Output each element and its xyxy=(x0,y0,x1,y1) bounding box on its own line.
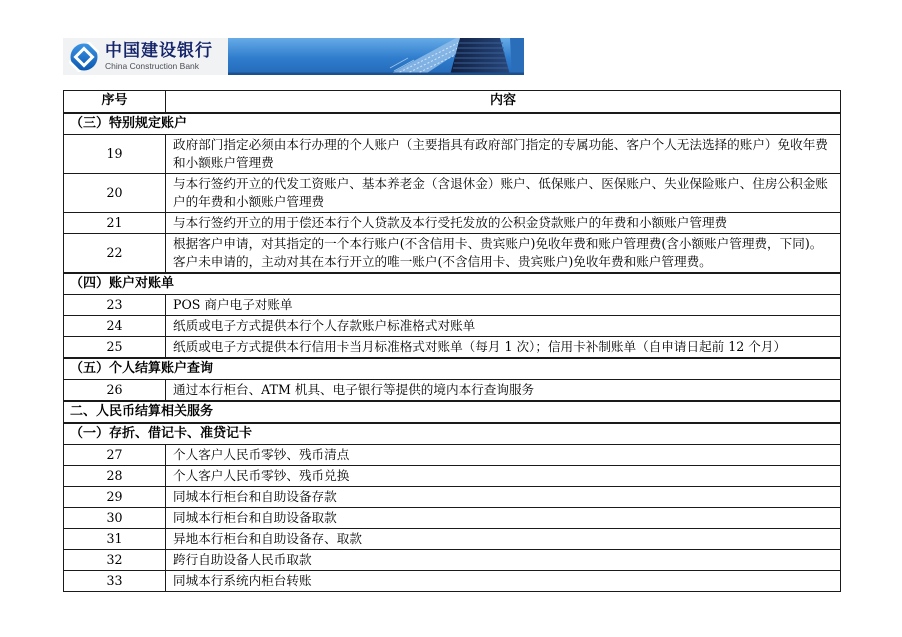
fee-table-body: 序号 内容 （三）特别规定账户19政府部门指定必须由本行办理的个人账户（主要指具… xyxy=(64,91,841,592)
row-content: 异地本行柜台和自助设备存、取款 xyxy=(166,528,841,549)
row-content: 纸质或电子方式提供本行信用卡当月标准格式对账单（每月 1 次）；信用卡补制账单（… xyxy=(166,336,841,358)
table-row: 32跨行自助设备人民币取款 xyxy=(64,549,841,570)
row-number: 30 xyxy=(64,507,166,528)
ccb-logo-block: 中国建设银行 China Construction Bank xyxy=(63,38,228,75)
row-number: 28 xyxy=(64,465,166,486)
row-number: 31 xyxy=(64,528,166,549)
section-label: （四）账户对账单 xyxy=(64,273,841,295)
table-row: 29同城本行柜台和自助设备存款 xyxy=(64,486,841,507)
row-content: 个人客户人民币零钞、残币清点 xyxy=(166,444,841,465)
row-number: 33 xyxy=(64,570,166,591)
table-row: 25纸质或电子方式提供本行信用卡当月标准格式对账单（每月 1 次）；信用卡补制账… xyxy=(64,336,841,358)
row-number: 29 xyxy=(64,486,166,507)
row-content: 个人客户人民币零钞、残币兑换 xyxy=(166,465,841,486)
brand-header: 中国建设银行 China Construction Bank xyxy=(63,38,524,75)
row-number: 32 xyxy=(64,549,166,570)
section-row: （一）存折、借记卡、准贷记卡 xyxy=(64,423,841,445)
document-page: 中国建设银行 China Construction Bank xyxy=(0,0,902,637)
row-content: 根据客户申请，对其指定的一个本行账户(不含信用卡、贵宾账户)免收年费和账户管理费… xyxy=(166,233,841,273)
row-content: 与本行签约开立的用于偿还本行个人贷款及本行受托发放的公积金贷款账户的年费和小额账… xyxy=(166,212,841,233)
row-number: 26 xyxy=(64,379,166,401)
table-row: 22根据客户申请，对其指定的一个本行账户(不含信用卡、贵宾账户)免收年费和账户管… xyxy=(64,233,841,273)
fee-schedule-table: 序号 内容 （三）特别规定账户19政府部门指定必须由本行办理的个人账户（主要指具… xyxy=(63,90,841,592)
ccb-logo-icon xyxy=(69,42,99,72)
bank-name-en: China Construction Bank xyxy=(105,62,213,71)
table-row: 24纸质或电子方式提供本行个人存款账户标准格式对账单 xyxy=(64,315,841,336)
row-content: 通过本行柜台、ATM 机具、电子银行等提供的境内本行查询服务 xyxy=(166,379,841,401)
table-row: 27个人客户人民币零钞、残币清点 xyxy=(64,444,841,465)
row-content: POS 商户电子对账单 xyxy=(166,294,841,315)
table-row: 26通过本行柜台、ATM 机具、电子银行等提供的境内本行查询服务 xyxy=(64,379,841,401)
row-number: 24 xyxy=(64,315,166,336)
row-number: 25 xyxy=(64,336,166,358)
table-row: 21与本行签约开立的用于偿还本行个人贷款及本行受托发放的公积金贷款账户的年费和小… xyxy=(64,212,841,233)
row-number: 23 xyxy=(64,294,166,315)
section-label: 二、人民币结算相关服务 xyxy=(64,401,841,423)
row-number: 22 xyxy=(64,233,166,273)
table-header-row: 序号 内容 xyxy=(64,91,841,113)
table-row: 28个人客户人民币零钞、残币兑换 xyxy=(64,465,841,486)
table-row: 30同城本行柜台和自助设备取款 xyxy=(64,507,841,528)
section-row: （三）特别规定账户 xyxy=(64,113,841,135)
row-number: 27 xyxy=(64,444,166,465)
row-content: 跨行自助设备人民币取款 xyxy=(166,549,841,570)
section-label: （一）存折、借记卡、准贷记卡 xyxy=(64,423,841,445)
section-row: （五）个人结算账户查询 xyxy=(64,358,841,380)
bank-name-cn: 中国建设银行 xyxy=(105,43,213,60)
table-row: 19政府部门指定必须由本行办理的个人账户（主要指具有政府部门指定的专属功能、客户… xyxy=(64,134,841,173)
bank-name: 中国建设银行 China Construction Bank xyxy=(105,43,213,71)
table-row: 23POS 商户电子对账单 xyxy=(64,294,841,315)
row-content: 政府部门指定必须由本行办理的个人账户（主要指具有政府部门指定的专属功能、客户个人… xyxy=(166,134,841,173)
table-row: 31异地本行柜台和自助设备存、取款 xyxy=(64,528,841,549)
section-row: 二、人民币结算相关服务 xyxy=(64,401,841,423)
table-row: 33同城本行系统内柜台转账 xyxy=(64,570,841,591)
column-header-no: 序号 xyxy=(64,91,166,113)
row-content: 与本行签约开立的代发工资账户、基本养老金（含退休金）账户、低保账户、医保账户、失… xyxy=(166,173,841,212)
row-content: 同城本行系统内柜台转账 xyxy=(166,570,841,591)
row-content: 纸质或电子方式提供本行个人存款账户标准格式对账单 xyxy=(166,315,841,336)
table-row: 20与本行签约开立的代发工资账户、基本养老金（含退休金）账户、低保账户、医保账户… xyxy=(64,173,841,212)
section-row: （四）账户对账单 xyxy=(64,273,841,295)
section-label: （五）个人结算账户查询 xyxy=(64,358,841,380)
row-number: 19 xyxy=(64,134,166,173)
row-number: 20 xyxy=(64,173,166,212)
row-number: 21 xyxy=(64,212,166,233)
row-content: 同城本行柜台和自助设备存款 xyxy=(166,486,841,507)
banner-image xyxy=(228,38,524,75)
column-header-content: 内容 xyxy=(166,91,841,113)
row-content: 同城本行柜台和自助设备取款 xyxy=(166,507,841,528)
section-label: （三）特别规定账户 xyxy=(64,113,841,135)
